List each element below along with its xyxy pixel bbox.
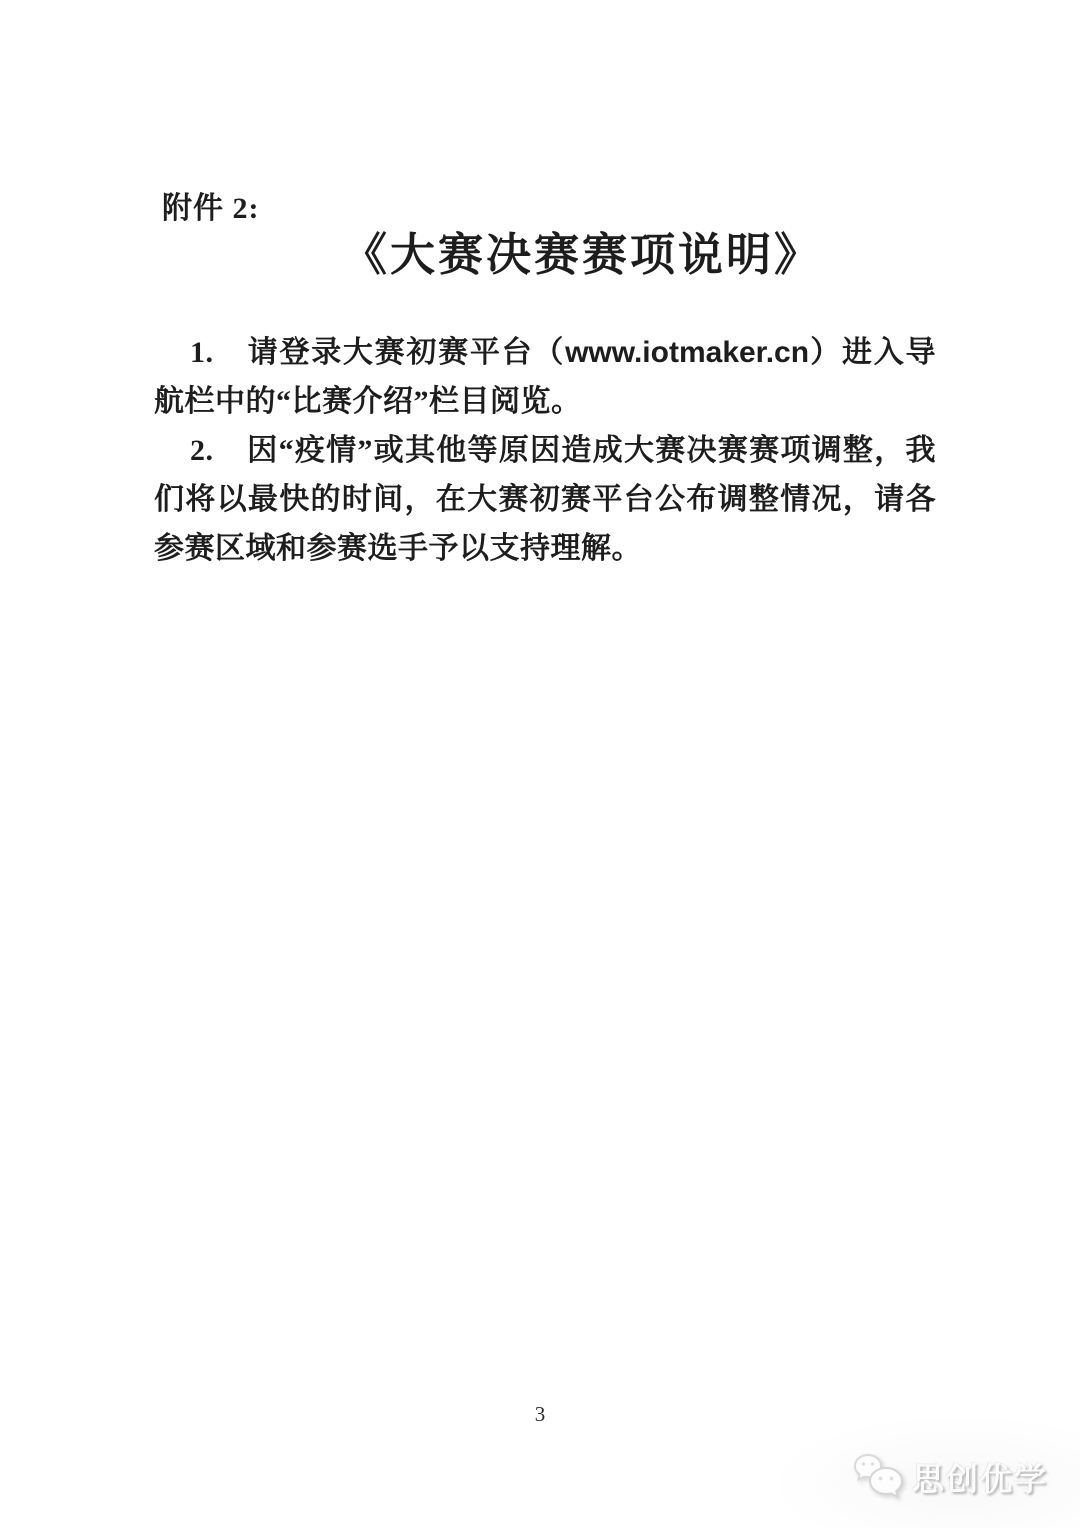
- paragraph-2: 2.因“疫情”或其他等原因造成大赛决赛赛项调整，我们将以最快的时间，在大赛初赛平…: [154, 426, 936, 573]
- list-number-1: 1.: [190, 336, 214, 369]
- wechat-icon: [852, 1452, 906, 1502]
- paragraph-1: 1.请登录大赛初赛平台（www.iotmaker.cn）进入导航栏中的“比赛介绍…: [154, 328, 936, 426]
- paragraph-1-text-before-url: 请登录大赛初赛平台（: [247, 336, 566, 369]
- list-number-2: 2.: [190, 434, 214, 467]
- website-url: www.iotmaker.cn: [565, 336, 809, 369]
- watermark: 思创优学: [852, 1452, 1048, 1502]
- document-body: 1.请登录大赛初赛平台（www.iotmaker.cn）进入导航栏中的“比赛介绍…: [154, 328, 936, 573]
- document-title: 《大赛决赛赛项说明》: [42, 218, 1080, 283]
- document-page: 附件 2: 《大赛决赛赛项说明》 1.请登录大赛初赛平台（www.iotmake…: [0, 0, 1080, 1528]
- paragraph-2-text: 因“疫情”或其他等原因造成大赛决赛赛项调整，我们将以最快的时间，在大赛初赛平台公…: [154, 434, 936, 565]
- watermark-text: 思创优学: [912, 1454, 1048, 1500]
